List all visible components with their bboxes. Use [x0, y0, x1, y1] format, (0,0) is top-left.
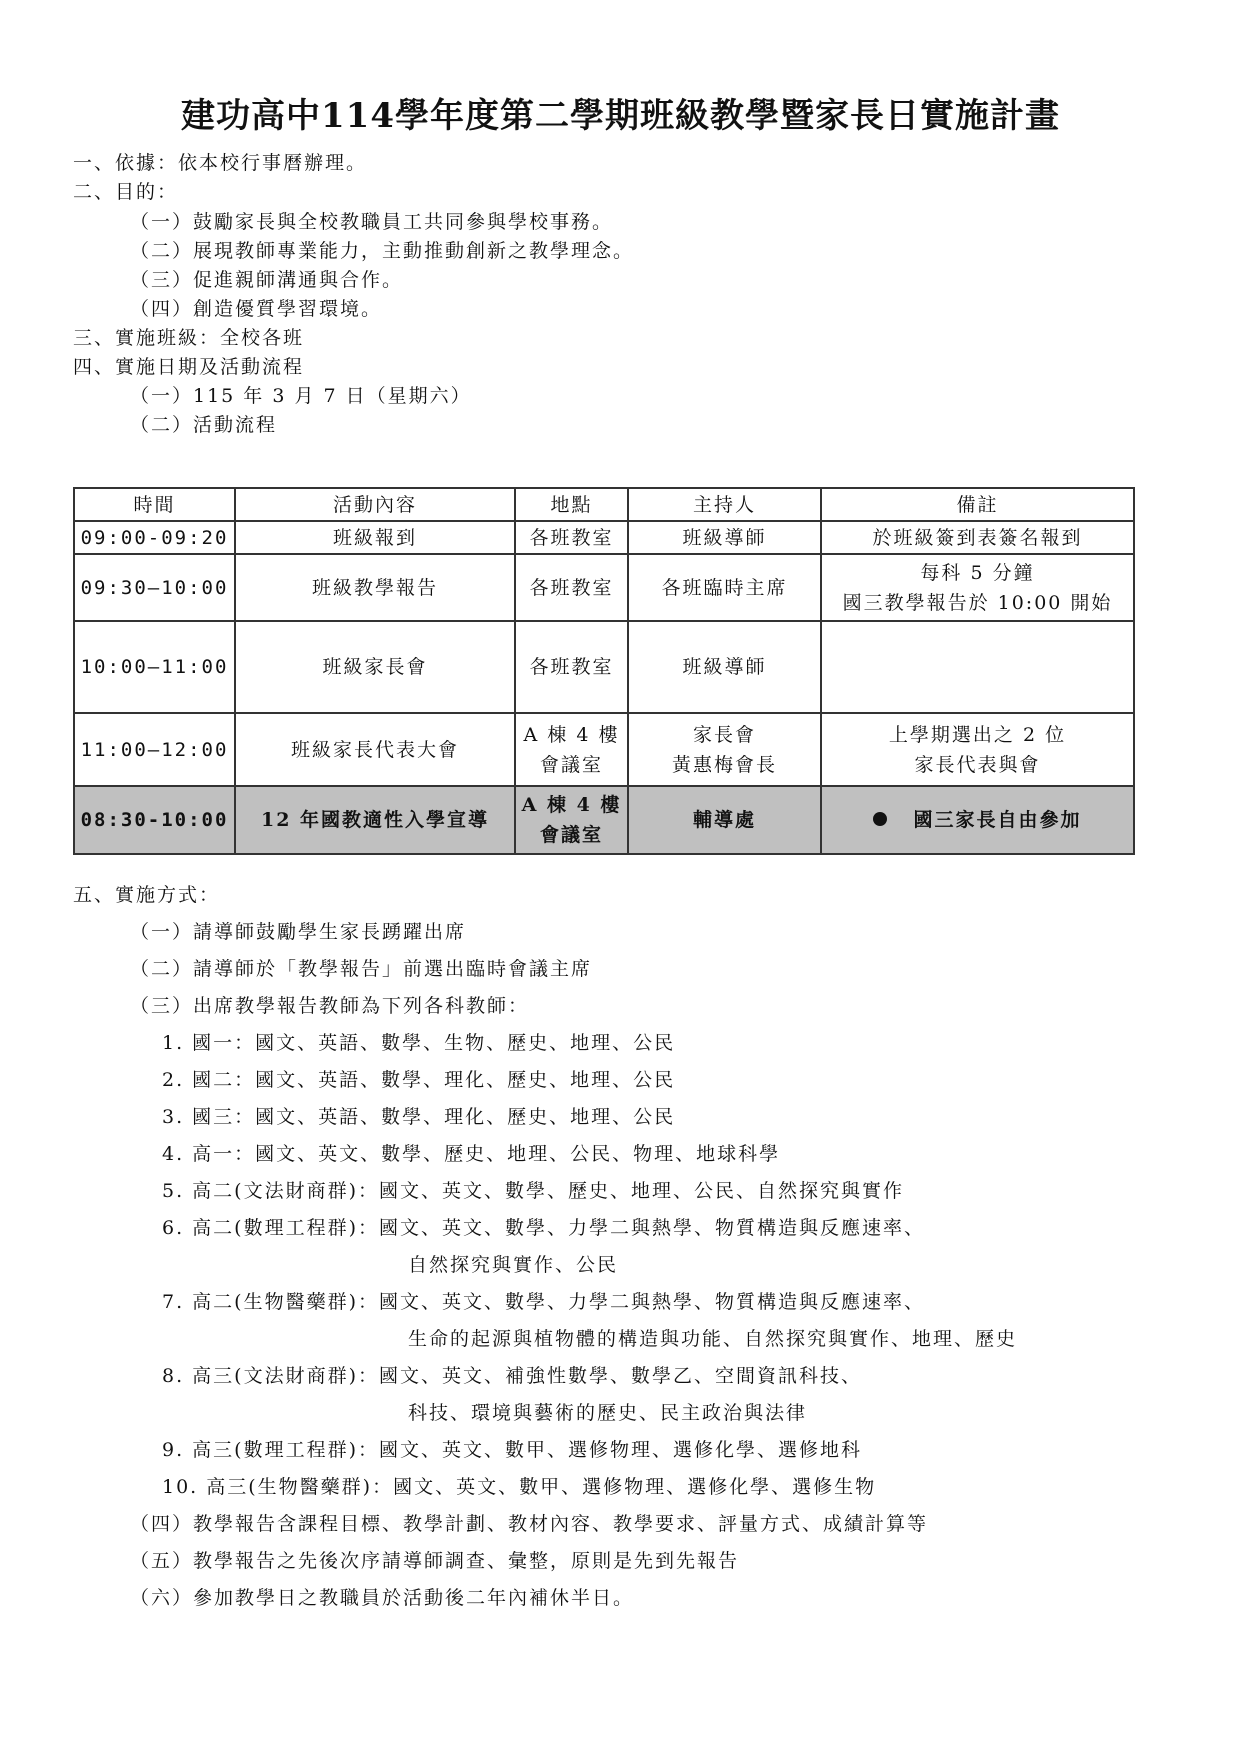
table-row: 09:30—10:00 班級教學報告 各班教室 各班臨時主席 每科 5 分鐘 國… — [74, 554, 1134, 621]
cell-host: 班級導師 — [628, 521, 821, 554]
schedule-date: （一）115 年 3 月 7 日（星期六） — [130, 381, 472, 408]
cell-time: 11:00—12:00 — [74, 713, 235, 786]
cell-place: A 棟 4 樓 會議室 — [515, 713, 628, 786]
page-title: 建功高中114學年度第二學期班級教學暨家長日實施計畫 — [0, 88, 1241, 137]
place-line: 會議室 — [518, 820, 625, 850]
table-row: 09:00-09:20 班級報到 各班教室 班級導師 於班級簽到表簽名報到 — [74, 521, 1134, 554]
host-line: 家長會 — [631, 720, 818, 750]
section-method-heading: 五、實施方式： — [73, 880, 220, 907]
method-item: （二）請導師於「教學報告」前選出臨時會議主席 — [130, 954, 592, 981]
host-line: 黃惠梅會長 — [631, 750, 818, 780]
cell-activity: 12 年國教適性入學宣導 — [235, 786, 515, 854]
purpose-item: （四）創造優質學習環境。 — [130, 294, 382, 321]
table-row: 10:00—11:00 班級家長會 各班教室 班級導師 — [74, 621, 1134, 713]
method-item: （一）請導師鼓勵學生家長踴躍出席 — [130, 917, 466, 944]
cell-place: 各班教室 — [515, 521, 628, 554]
cell-time: 09:30—10:00 — [74, 554, 235, 621]
cell-activity: 班級報到 — [235, 521, 515, 554]
subject-item-continued: 自然探究與實作、公民 — [408, 1250, 618, 1277]
col-header-host: 主持人 — [628, 488, 821, 521]
place-line: A 棟 4 樓 — [518, 790, 625, 820]
col-header-place: 地點 — [515, 488, 628, 521]
cell-activity: 班級教學報告 — [235, 554, 515, 621]
purpose-item: （三）促進親師溝通與合作。 — [130, 265, 403, 292]
cell-place: 各班教室 — [515, 554, 628, 621]
cell-place: A 棟 4 樓 會議室 — [515, 786, 628, 854]
subject-item: 9. 高三(數理工程群)：國文、英文、數甲、選修物理、選修化學、選修地科 — [162, 1435, 862, 1462]
col-header-activity: 活動內容 — [235, 488, 515, 521]
cell-note — [821, 621, 1134, 713]
cell-time: 08:30-10:00 — [74, 786, 235, 854]
cell-note: 上學期選出之 2 位 家長代表與會 — [821, 713, 1134, 786]
subject-item: 8. 高三(文法財商群)：國文、英文、補強性數學、數學乙、空間資訊科技、 — [162, 1361, 862, 1388]
subject-item: 7. 高二(生物醫藥群)：國文、英文、數學、力學二與熱學、物質構造與反應速率、 — [162, 1287, 925, 1314]
schedule-flow-label: （二）活動流程 — [130, 410, 277, 437]
purpose-item: （二）展現教師專業能力，主動推動創新之教學理念。 — [130, 236, 634, 263]
subject-item: 2. 國二：國文、英語、數學、理化、歷史、地理、公民 — [162, 1065, 675, 1092]
col-header-note: 備註 — [821, 488, 1134, 521]
cell-activity: 班級家長代表大會 — [235, 713, 515, 786]
cell-activity: 班級家長會 — [235, 621, 515, 713]
table-header-row: 時間 活動內容 地點 主持人 備註 — [74, 488, 1134, 521]
activity-flow-table: 時間 活動內容 地點 主持人 備註 09:00-09:20 班級報到 各班教室 … — [73, 487, 1135, 855]
purpose-item: （一）鼓勵家長與全校教職員工共同參與學校事務。 — [130, 207, 613, 234]
col-header-time: 時間 — [74, 488, 235, 521]
bullet-icon — [873, 812, 887, 826]
cell-place: 各班教室 — [515, 621, 628, 713]
cell-host: 輔導處 — [628, 786, 821, 854]
subject-item-continued: 生命的起源與植物體的構造與功能、自然探究與實作、地理、歷史 — [408, 1324, 1017, 1351]
subject-item: 3. 國三：國文、英語、數學、理化、歷史、地理、公民 — [162, 1102, 675, 1129]
method-item: （四）教學報告含課程目標、教學計劃、教材內容、教學要求、評量方式、成績計算等 — [130, 1509, 928, 1536]
section-basis: 一、依據：依本校行事曆辦理。 — [73, 148, 367, 175]
note-line: 每科 5 分鐘 — [824, 558, 1131, 588]
note-line: 家長代表與會 — [824, 750, 1131, 780]
method-item: （六）參加教學日之教職員於活動後二年內補休半日。 — [130, 1583, 634, 1610]
cell-host: 家長會 黃惠梅會長 — [628, 713, 821, 786]
cell-note: 於班級簽到表簽名報到 — [821, 521, 1134, 554]
subject-item: 6. 高二(數理工程群)：國文、英文、數學、力學二與熱學、物質構造與反應速率、 — [162, 1213, 925, 1240]
method-item: （三）出席教學報告教師為下列各科教師： — [130, 991, 529, 1018]
method-item: （五）教學報告之先後次序請導師調查、彙整，原則是先到先報告 — [130, 1546, 739, 1573]
note-line: 國三教學報告於 10:00 開始 — [824, 588, 1131, 618]
section-purpose-heading: 二、目的： — [73, 177, 178, 204]
cell-time: 10:00—11:00 — [74, 621, 235, 713]
cell-host: 各班臨時主席 — [628, 554, 821, 621]
place-line: 會議室 — [518, 750, 625, 780]
cell-time: 09:00-09:20 — [74, 521, 235, 554]
subject-item: 4. 高一：國文、英文、數學、歷史、地理、公民、物理、地球科學 — [162, 1139, 780, 1166]
subject-item-continued: 科技、環境與藝術的歷史、民主政治與法律 — [408, 1398, 807, 1425]
subject-item: 5. 高二(文法財商群)：國文、英文、數學、歷史、地理、公民、自然探究與實作 — [162, 1176, 904, 1203]
section-schedule-heading: 四、實施日期及活動流程 — [73, 352, 304, 379]
cell-host: 班級導師 — [628, 621, 821, 713]
subject-item: 10. 高三(生物醫藥群)：國文、英文、數甲、選修物理、選修化學、選修生物 — [162, 1472, 876, 1499]
section-classes: 三、實施班級：全校各班 — [73, 323, 304, 350]
place-line: A 棟 4 樓 — [518, 720, 625, 750]
table-row: 11:00—12:00 班級家長代表大會 A 棟 4 樓 會議室 家長會 黃惠梅… — [74, 713, 1134, 786]
cell-note: 國三家長自由參加 — [821, 786, 1134, 854]
subject-item: 1. 國一：國文、英語、數學、生物、歷史、地理、公民 — [162, 1028, 675, 1055]
note-text: 國三家長自由參加 — [913, 809, 1081, 831]
note-line: 上學期選出之 2 位 — [824, 720, 1131, 750]
table-row-highlighted: 08:30-10:00 12 年國教適性入學宣導 A 棟 4 樓 會議室 輔導處… — [74, 786, 1134, 854]
cell-note: 每科 5 分鐘 國三教學報告於 10:00 開始 — [821, 554, 1134, 621]
